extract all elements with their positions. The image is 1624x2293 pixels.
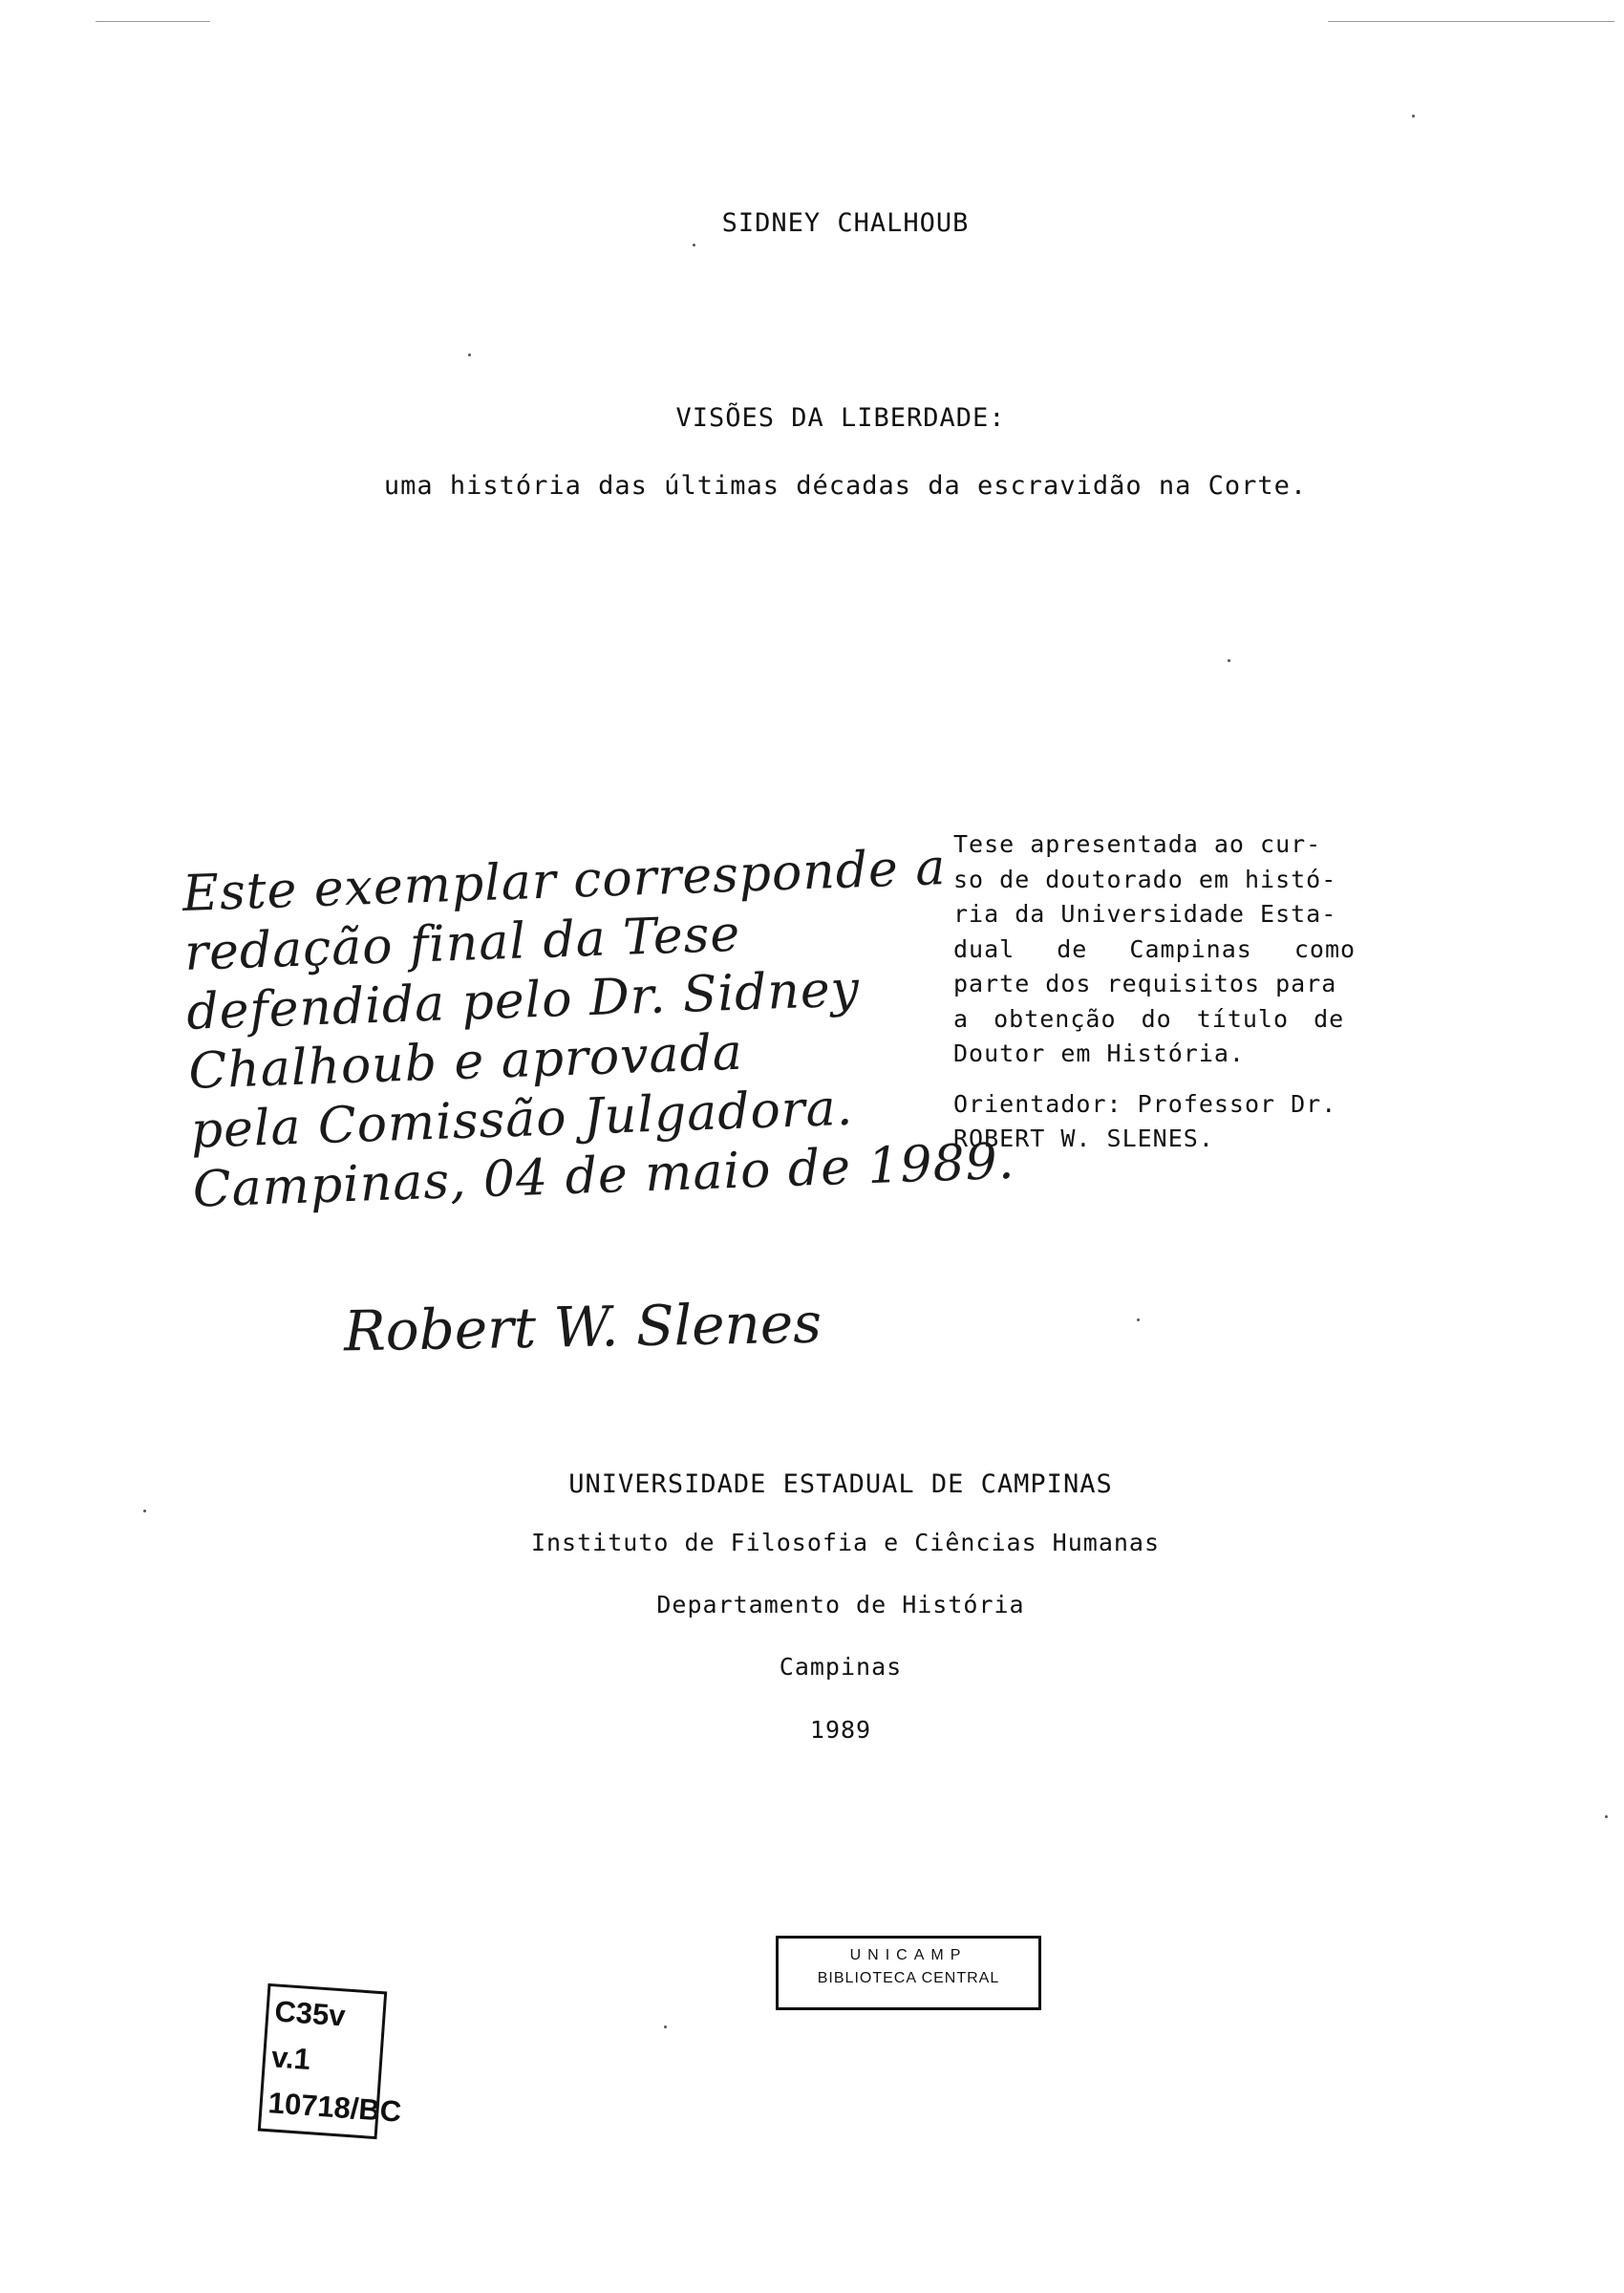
institute-name: Instituto de Filosofia e Ciências Humana… bbox=[0, 1529, 1624, 1556]
advisor-signature: Robert W. Slenes bbox=[343, 1291, 822, 1364]
thesis-subtitle: uma história das últimas décadas da escr… bbox=[0, 471, 1624, 501]
thesis-note-line: Doutor em História. bbox=[953, 1037, 1450, 1072]
scan-speck bbox=[1605, 1815, 1608, 1818]
call-number-line: v.1 bbox=[269, 2034, 380, 2088]
advisor-line: ROBERT W. SLENES. bbox=[953, 1122, 1450, 1156]
handwritten-approval-note: Este exemplar corresponde a redação fina… bbox=[182, 838, 957, 1220]
thesis-presentation-note: Tese apresentada ao cur- so de doutorado… bbox=[953, 827, 1450, 1072]
thesis-title: VISÕES DA LIBERDADE: bbox=[0, 403, 1624, 433]
department-name: Departamento de História bbox=[0, 1591, 1624, 1618]
call-number-line: 10718/BC bbox=[267, 2080, 377, 2133]
scan-speck bbox=[468, 354, 471, 356]
scan-speck bbox=[1137, 1318, 1140, 1321]
call-number-stamp: C35v v.1 10718/BC bbox=[258, 1983, 388, 2139]
scan-speck bbox=[1228, 659, 1230, 662]
scan-speck bbox=[1412, 115, 1415, 118]
library-stamp-line: UNICAMP bbox=[779, 1947, 1038, 1964]
author-name: SIDNEY CHALHOUB bbox=[0, 208, 1624, 238]
year: 1989 bbox=[0, 1716, 1624, 1744]
scan-artifact bbox=[1328, 21, 1614, 22]
scan-artifact bbox=[96, 21, 210, 22]
scan-speck bbox=[664, 2025, 667, 2028]
thesis-note-line: dual de Campinas como bbox=[953, 932, 1450, 968]
thesis-note-line: parte dos requisitos para bbox=[953, 967, 1450, 1002]
library-stamp: UNICAMP BIBLIOTECA CENTRAL bbox=[776, 1936, 1041, 2010]
call-number-line: C35v bbox=[273, 1988, 384, 2042]
thesis-note-line: a obtenção do título de bbox=[953, 1002, 1450, 1038]
thesis-note-line: Tese apresentada ao cur- bbox=[953, 827, 1450, 863]
scan-speck bbox=[693, 244, 695, 246]
thesis-note-line: so de doutorado em histó- bbox=[953, 863, 1450, 898]
scan-speck bbox=[143, 1510, 146, 1512]
advisor-line: Orientador: Professor Dr. bbox=[953, 1087, 1450, 1122]
thesis-note-line: ria da Universidade Esta- bbox=[953, 897, 1450, 932]
city: Campinas bbox=[0, 1653, 1624, 1681]
library-stamp-line: BIBLIOTECA CENTRAL bbox=[779, 1970, 1038, 1987]
university-name: UNIVERSIDADE ESTADUAL DE CAMPINAS bbox=[0, 1469, 1624, 1499]
advisor-block: Orientador: Professor Dr. ROBERT W. SLEN… bbox=[953, 1087, 1450, 1156]
